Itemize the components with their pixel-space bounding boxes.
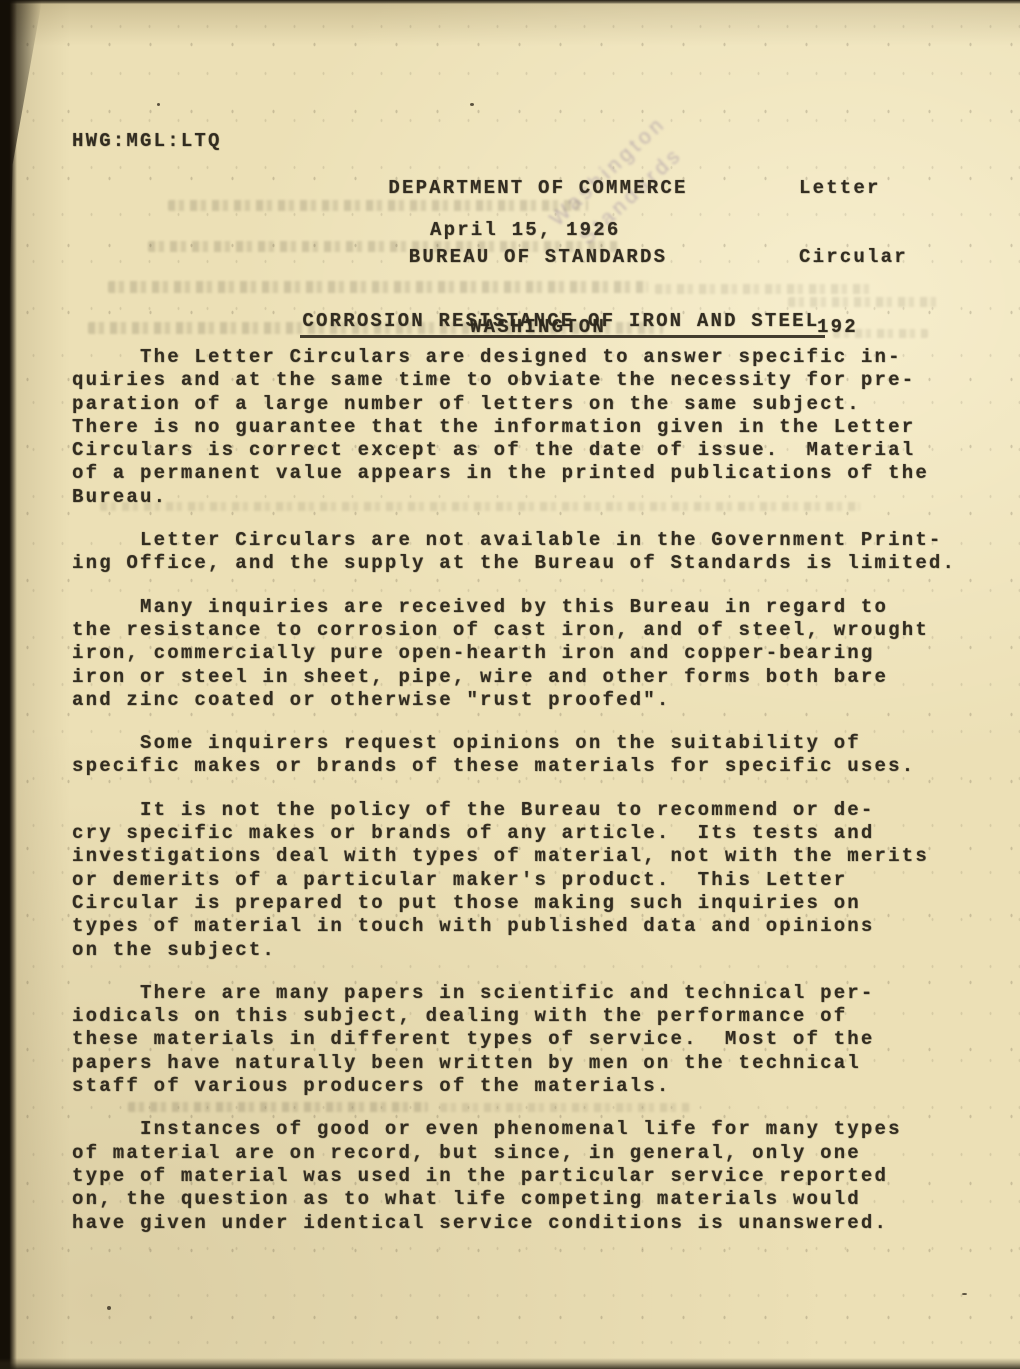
document-title-text: CORROSION RESISTANCE OF IRON AND STEEL: [300, 310, 825, 338]
body-paragraphs: The Letter Circulars are designed to ans…: [72, 346, 982, 1255]
paragraph: Many inquiries are received by this Bure…: [72, 596, 982, 712]
scan-edge-left: [0, 0, 17, 1369]
paragraph: Instances of good or even phenomenal lif…: [72, 1118, 982, 1234]
paragraph: Letter Circulars are not available in th…: [72, 529, 982, 576]
paragraph: Some inquirers request opinions on the s…: [72, 732, 982, 779]
reference-code: HWG:MGL:LTQ: [72, 130, 222, 153]
scan-edge-bottom: [0, 1358, 1020, 1369]
ink-speck: [157, 103, 160, 106]
circular-label-line-1: Letter: [799, 177, 908, 200]
paragraph: The Letter Circulars are designed to ans…: [72, 346, 982, 509]
agency-line-department: DEPARTMENT OF COMMERCE: [388, 177, 688, 200]
paragraph: It is not the policy of the Bureau to re…: [72, 799, 982, 962]
agency-line-bureau: BUREAU OF STANDARDS: [388, 246, 688, 269]
paragraph: There are many papers in scientific and …: [72, 982, 982, 1098]
scan-edge-top: [0, 0, 1020, 4]
ink-speck: [107, 1306, 111, 1310]
circular-label-line-2: Circular: [799, 246, 908, 269]
document-date: April 15, 1926: [430, 219, 620, 242]
ink-speck: [470, 103, 474, 106]
ink-speck: [962, 1293, 967, 1295]
scanned-document-page: Washington Standards HWG:MGL:LTQ DEPARTM…: [0, 0, 1020, 1369]
